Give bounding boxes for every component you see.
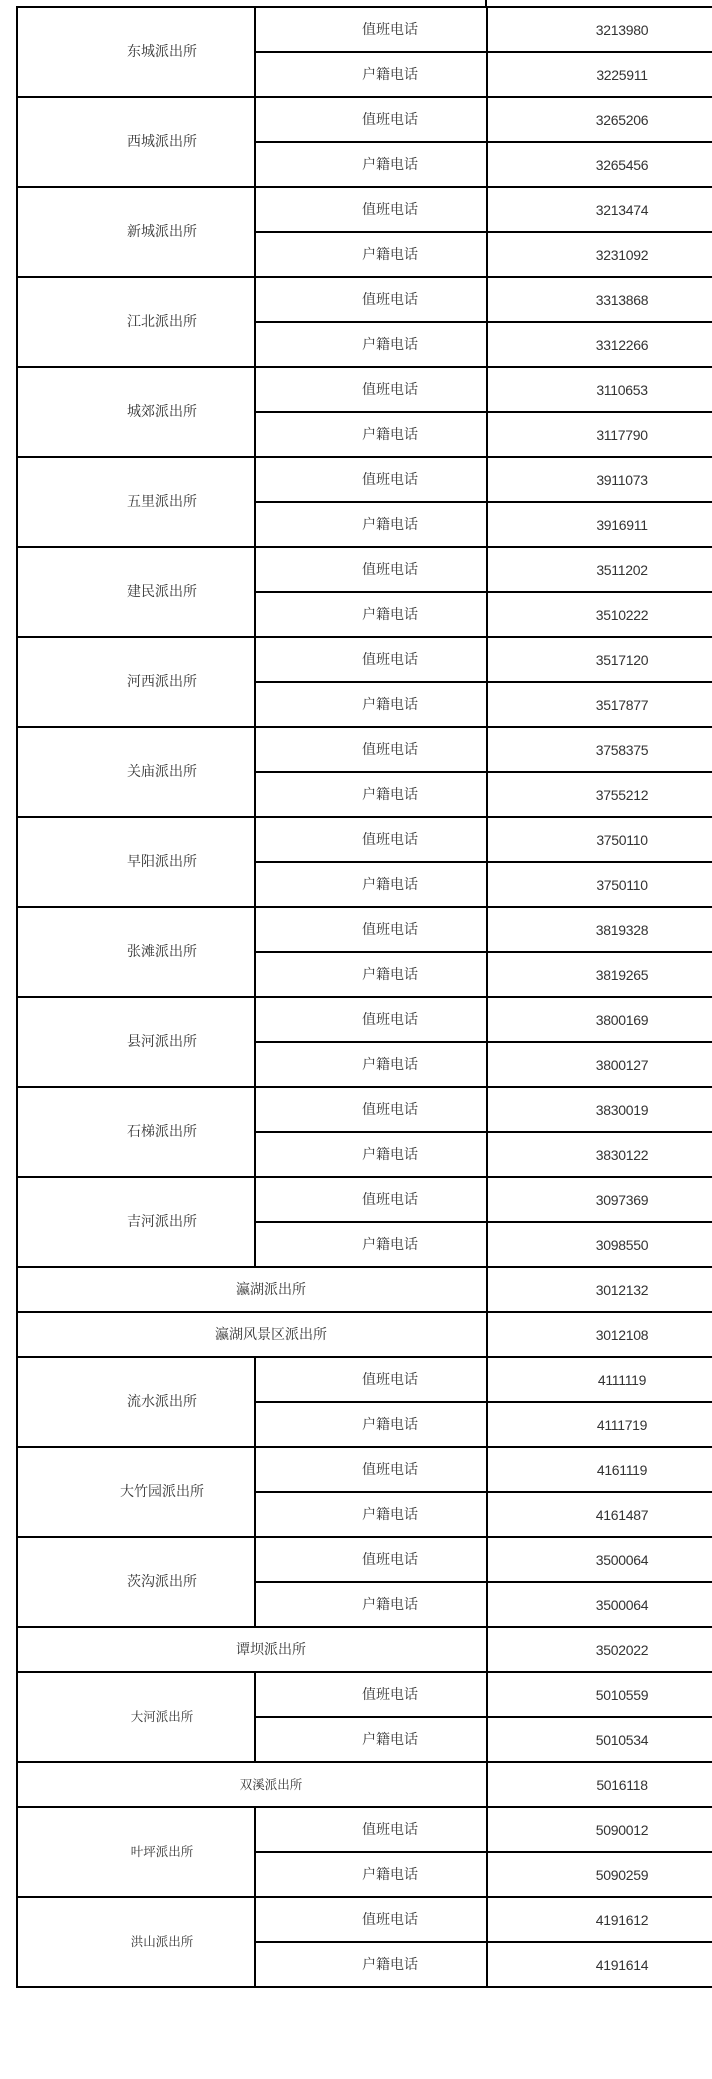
duty-phone-label: 值班电话 <box>255 1087 487 1132</box>
household-phone-number: 3231092 <box>487 232 712 277</box>
table-row: 城郊派出所值班电话3110653 <box>17 367 712 412</box>
station-name-cell: 大竹园派出所 <box>17 1447 255 1537</box>
duty-phone-number: 3313868 <box>487 277 712 322</box>
table-body: 东城派出所值班电话3213980户籍电话3225911西城派出所值班电话3265… <box>17 7 712 1987</box>
table-row: 瀛湖派出所3012132 <box>17 1267 712 1312</box>
duty-phone-number: 3110653 <box>487 367 712 412</box>
duty-phone-number: 3097369 <box>487 1177 712 1222</box>
table-row: 瀛湖风景区派出所3012108 <box>17 1312 712 1357</box>
household-phone-label: 户籍电话 <box>255 1492 487 1537</box>
household-phone-number: 3225911 <box>487 52 712 97</box>
table-row: 大竹园派出所值班电话4161119 <box>17 1447 712 1492</box>
household-phone-number: 3916911 <box>487 502 712 547</box>
duty-phone-number: 5090012 <box>487 1807 712 1852</box>
station-name-cell: 谭坝派出所 <box>17 1627 487 1672</box>
table-row: 吉河派出所值班电话3097369 <box>17 1177 712 1222</box>
duty-phone-label: 值班电话 <box>255 457 487 502</box>
station-name-cell: 双溪派出所 <box>17 1762 487 1807</box>
duty-phone-label: 值班电话 <box>255 637 487 682</box>
phone-number: 3012108 <box>487 1312 712 1357</box>
household-phone-number: 4111719 <box>487 1402 712 1447</box>
table-row: 洪山派出所值班电话4191612 <box>17 1897 712 1942</box>
table-row: 江北派出所值班电话3313868 <box>17 277 712 322</box>
household-phone-number: 3755212 <box>487 772 712 817</box>
household-phone-number: 3312266 <box>487 322 712 367</box>
duty-phone-number: 3213980 <box>487 7 712 52</box>
duty-phone-number: 3517120 <box>487 637 712 682</box>
household-phone-label: 户籍电话 <box>255 952 487 997</box>
table-row: 建民派出所值班电话3511202 <box>17 547 712 592</box>
household-phone-label: 户籍电话 <box>255 1942 487 1987</box>
table-row: 关庙派出所值班电话3758375 <box>17 727 712 772</box>
duty-phone-number: 4161119 <box>487 1447 712 1492</box>
duty-phone-label: 值班电话 <box>255 907 487 952</box>
station-name-cell: 县河派出所 <box>17 997 255 1087</box>
duty-phone-number: 3830019 <box>487 1087 712 1132</box>
table-row: 早阳派出所值班电话3750110 <box>17 817 712 862</box>
duty-phone-label: 值班电话 <box>255 817 487 862</box>
duty-phone-label: 值班电话 <box>255 1537 487 1582</box>
household-phone-number: 4161487 <box>487 1492 712 1537</box>
household-phone-label: 户籍电话 <box>255 1402 487 1447</box>
duty-phone-label: 值班电话 <box>255 997 487 1042</box>
household-phone-label: 户籍电话 <box>255 412 487 457</box>
household-phone-number: 3819265 <box>487 952 712 997</box>
station-name-cell: 城郊派出所 <box>17 367 255 457</box>
table-row: 河西派出所值班电话3517120 <box>17 637 712 682</box>
duty-phone-number: 3911073 <box>487 457 712 502</box>
duty-phone-label: 值班电话 <box>255 1672 487 1717</box>
household-phone-number: 3517877 <box>487 682 712 727</box>
duty-phone-label: 值班电话 <box>255 1447 487 1492</box>
table-row: 五里派出所值班电话3911073 <box>17 457 712 502</box>
household-phone-number: 3098550 <box>487 1222 712 1267</box>
station-name-cell: 关庙派出所 <box>17 727 255 817</box>
station-name-cell: 叶坪派出所 <box>17 1807 255 1897</box>
household-phone-number: 3510222 <box>487 592 712 637</box>
duty-phone-number: 3758375 <box>487 727 712 772</box>
duty-phone-label: 值班电话 <box>255 367 487 412</box>
duty-phone-number: 3500064 <box>487 1537 712 1582</box>
household-phone-number: 3265456 <box>487 142 712 187</box>
household-phone-number: 3500064 <box>487 1582 712 1627</box>
duty-phone-number: 4111119 <box>487 1357 712 1402</box>
household-phone-label: 户籍电话 <box>255 682 487 727</box>
household-phone-label: 户籍电话 <box>255 1582 487 1627</box>
table-row: 双溪派出所5016118 <box>17 1762 712 1807</box>
table-row: 西城派出所值班电话3265206 <box>17 97 712 142</box>
household-phone-number: 3830122 <box>487 1132 712 1177</box>
station-name-cell: 洪山派出所 <box>17 1897 255 1987</box>
station-name-cell: 江北派出所 <box>17 277 255 367</box>
station-name-cell: 大河派出所 <box>17 1672 255 1762</box>
duty-phone-number: 3819328 <box>487 907 712 952</box>
station-name-cell: 瀛湖派出所 <box>17 1267 487 1312</box>
table-row: 东城派出所值班电话3213980 <box>17 7 712 52</box>
table-row: 石梯派出所值班电话3830019 <box>17 1087 712 1132</box>
duty-phone-label: 值班电话 <box>255 97 487 142</box>
station-name-cell: 建民派出所 <box>17 547 255 637</box>
duty-phone-label: 值班电话 <box>255 1897 487 1942</box>
table-row: 新城派出所值班电话3213474 <box>17 187 712 232</box>
station-name-cell: 早阳派出所 <box>17 817 255 907</box>
station-name-cell: 茨沟派出所 <box>17 1537 255 1627</box>
duty-phone-number: 4191612 <box>487 1897 712 1942</box>
station-name-cell: 吉河派出所 <box>17 1177 255 1267</box>
table-row: 谭坝派出所3502022 <box>17 1627 712 1672</box>
duty-phone-number: 3750110 <box>487 817 712 862</box>
household-phone-number: 4191614 <box>487 1942 712 1987</box>
duty-phone-label: 值班电话 <box>255 727 487 772</box>
table-top-continuation <box>16 0 712 6</box>
table-row: 叶坪派出所值班电话5090012 <box>17 1807 712 1852</box>
duty-phone-number: 5010559 <box>487 1672 712 1717</box>
household-phone-label: 户籍电话 <box>255 502 487 547</box>
duty-phone-number: 3800169 <box>487 997 712 1042</box>
duty-phone-number: 3511202 <box>487 547 712 592</box>
household-phone-label: 户籍电话 <box>255 52 487 97</box>
phone-number: 5016118 <box>487 1762 712 1807</box>
duty-phone-number: 3213474 <box>487 187 712 232</box>
table-row: 流水派出所值班电话4111119 <box>17 1357 712 1402</box>
phone-number: 3012132 <box>487 1267 712 1312</box>
household-phone-label: 户籍电话 <box>255 1222 487 1267</box>
duty-phone-label: 值班电话 <box>255 1177 487 1222</box>
household-phone-number: 3800127 <box>487 1042 712 1087</box>
household-phone-number: 3750110 <box>487 862 712 907</box>
table-row: 茨沟派出所值班电话3500064 <box>17 1537 712 1582</box>
station-name-cell: 瀛湖风景区派出所 <box>17 1312 487 1357</box>
duty-phone-label: 值班电话 <box>255 187 487 232</box>
household-phone-label: 户籍电话 <box>255 1717 487 1762</box>
household-phone-number: 5010534 <box>487 1717 712 1762</box>
table-row: 大河派出所值班电话5010559 <box>17 1672 712 1717</box>
station-name-cell: 东城派出所 <box>17 7 255 97</box>
station-name-cell: 新城派出所 <box>17 187 255 277</box>
household-phone-label: 户籍电话 <box>255 1132 487 1177</box>
column-divider-stub <box>485 0 487 6</box>
phone-number: 3502022 <box>487 1627 712 1672</box>
police-station-phone-table-wrapper: 东城派出所值班电话3213980户籍电话3225911西城派出所值班电话3265… <box>16 0 712 1988</box>
household-phone-label: 户籍电话 <box>255 592 487 637</box>
duty-phone-label: 值班电话 <box>255 1357 487 1402</box>
table-row: 张滩派出所值班电话3819328 <box>17 907 712 952</box>
police-station-phone-table: 东城派出所值班电话3213980户籍电话3225911西城派出所值班电话3265… <box>16 6 712 1988</box>
station-name-cell: 石梯派出所 <box>17 1087 255 1177</box>
household-phone-label: 户籍电话 <box>255 232 487 277</box>
station-name-cell: 五里派出所 <box>17 457 255 547</box>
household-phone-label: 户籍电话 <box>255 1042 487 1087</box>
duty-phone-label: 值班电话 <box>255 1807 487 1852</box>
duty-phone-label: 值班电话 <box>255 547 487 592</box>
station-name-cell: 张滩派出所 <box>17 907 255 997</box>
table-row: 县河派出所值班电话3800169 <box>17 997 712 1042</box>
household-phone-number: 3117790 <box>487 412 712 457</box>
household-phone-label: 户籍电话 <box>255 862 487 907</box>
household-phone-label: 户籍电话 <box>255 1852 487 1897</box>
station-name-cell: 河西派出所 <box>17 637 255 727</box>
duty-phone-label: 值班电话 <box>255 7 487 52</box>
household-phone-label: 户籍电话 <box>255 142 487 187</box>
household-phone-label: 户籍电话 <box>255 772 487 817</box>
station-name-cell: 西城派出所 <box>17 97 255 187</box>
household-phone-label: 户籍电话 <box>255 322 487 367</box>
station-name-cell: 流水派出所 <box>17 1357 255 1447</box>
duty-phone-number: 3265206 <box>487 97 712 142</box>
household-phone-number: 5090259 <box>487 1852 712 1897</box>
duty-phone-label: 值班电话 <box>255 277 487 322</box>
